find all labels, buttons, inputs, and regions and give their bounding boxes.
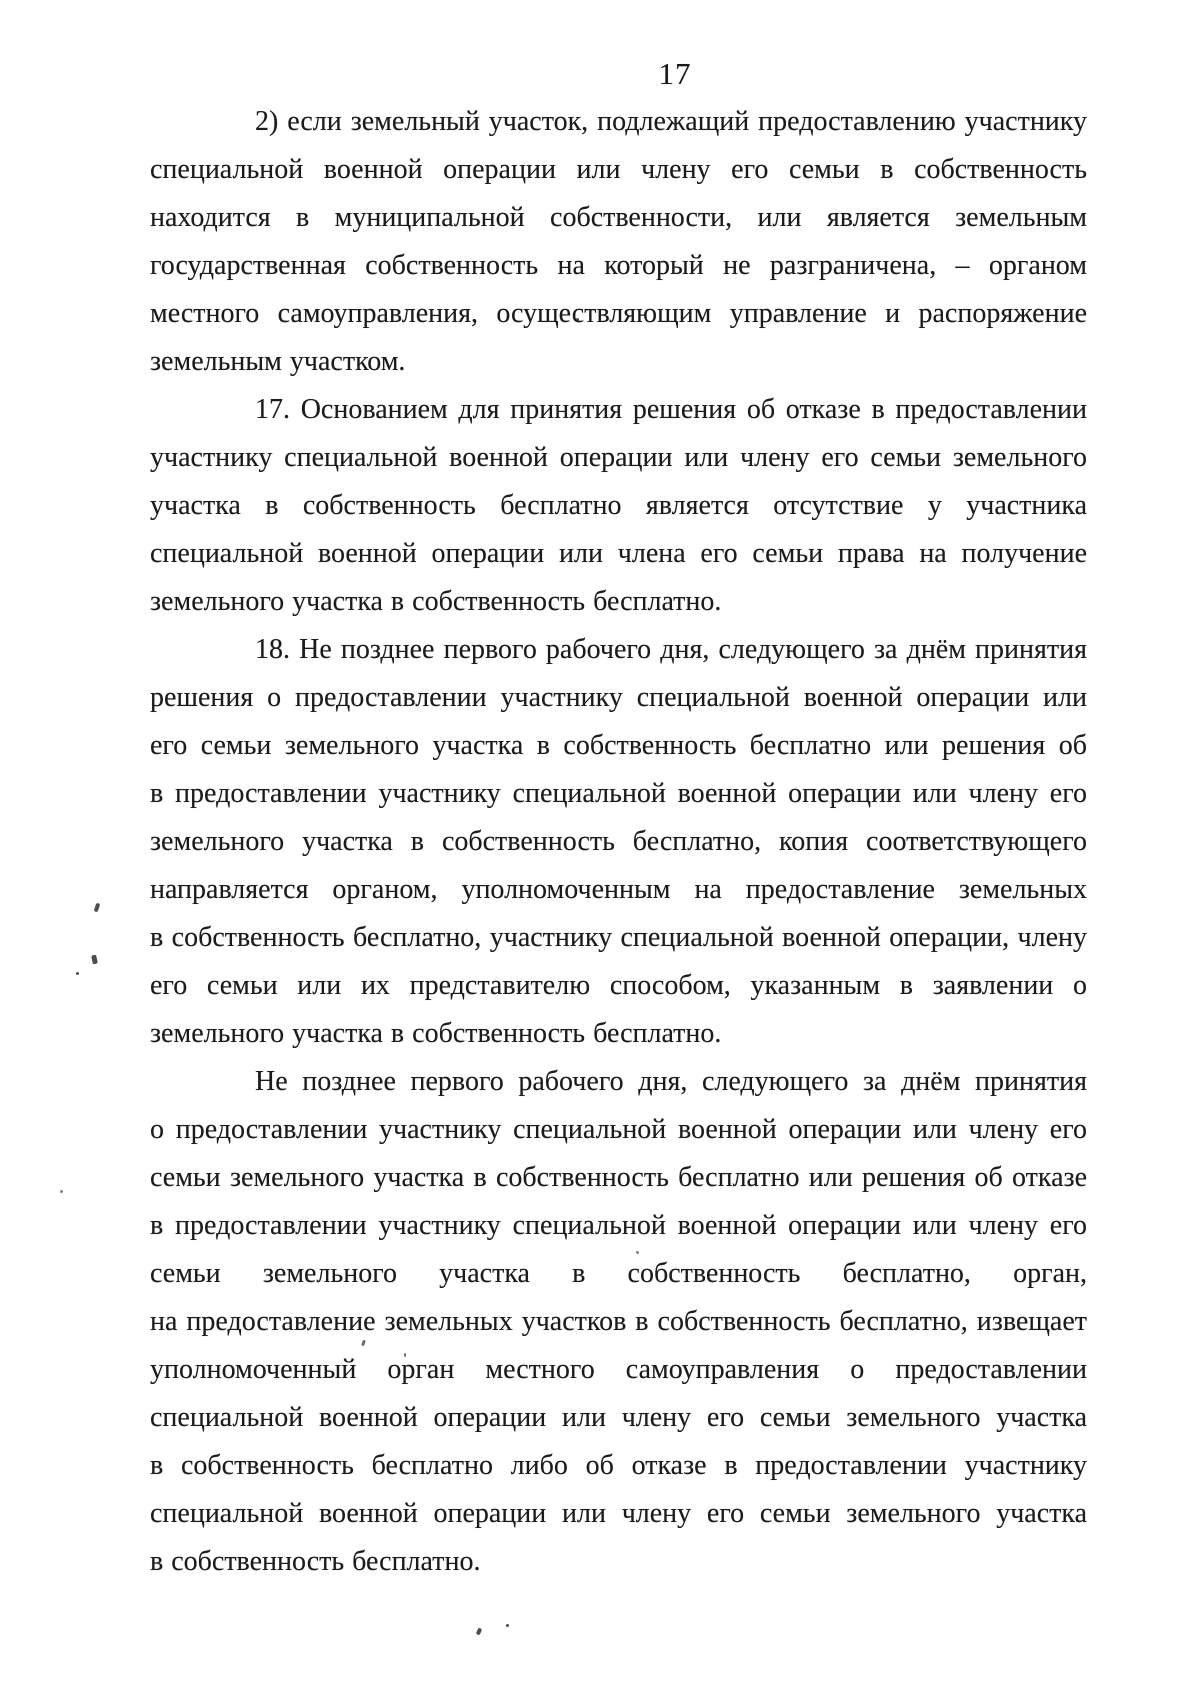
text-line: 2) если земельный участок, подлежащий пр…	[150, 98, 1087, 146]
text-line: земельным участком.	[150, 338, 1087, 386]
text-line: участнику специальной военной операции и…	[150, 434, 1087, 482]
text-line: местного самоуправления, осуществляющим …	[150, 290, 1087, 338]
document-body: 2) если земельный участок, подлежащий пр…	[150, 98, 1087, 1586]
scan-speck	[576, 318, 579, 321]
text-line: его семьи земельного участка в собственн…	[150, 722, 1087, 770]
text-line: в собственность бесплатно.	[150, 1538, 1087, 1586]
text-line: его семьи или их представителю способом,…	[150, 962, 1087, 1010]
page-number: 17	[150, 56, 1200, 92]
paragraph: Не позднее первого рабочего дня, следующ…	[150, 1058, 1087, 1586]
text-line: земельного участка в собственность беспл…	[150, 1010, 1087, 1058]
text-line: уполномоченный орган местного самоуправл…	[150, 1346, 1087, 1394]
text-line: решения о предоставлении участнику специ…	[150, 674, 1087, 722]
scan-speck	[94, 903, 101, 913]
text-line: семьи земельного участка в собственность…	[150, 1154, 1087, 1202]
text-line: в собственность бесплатно, участнику спе…	[150, 914, 1087, 962]
scan-speck	[476, 1627, 483, 1635]
text-line: специальной военной операции или члену е…	[150, 146, 1087, 194]
text-line: в предоставлении участнику специальной в…	[150, 1202, 1087, 1250]
text-line: 18. Не позднее первого рабочего дня, сле…	[150, 626, 1087, 674]
text-line: в предоставлении участнику специальной в…	[150, 770, 1087, 818]
text-line: о предоставлении участнику специальной в…	[150, 1106, 1087, 1154]
paragraph: 18. Не позднее первого рабочего дня, сле…	[150, 626, 1087, 1058]
paragraph: 2) если земельный участок, подлежащий пр…	[150, 98, 1087, 386]
text-line: участка в собственность бесплатно являет…	[150, 482, 1087, 530]
scan-speck	[636, 1251, 639, 1254]
text-line: земельного участка в собственность беспл…	[150, 578, 1087, 626]
scan-speck	[60, 1190, 63, 1193]
document-page: 17 2) если земельный участок, подлежащий…	[0, 0, 1200, 1696]
text-line: специальной военной операции или члена е…	[150, 530, 1087, 578]
text-line: в собственность бесплатно либо об отказе…	[150, 1442, 1087, 1490]
text-line: специальной военной операции или члену е…	[150, 1394, 1087, 1442]
text-line: 17. Основанием для принятия решения об о…	[150, 386, 1087, 434]
scan-speck	[91, 955, 98, 965]
text-line: семьи земельного участка в собственность…	[150, 1250, 1087, 1298]
text-line: Не позднее первого рабочего дня, следующ…	[150, 1058, 1087, 1106]
text-line: находится в муниципальной собственности,…	[150, 194, 1087, 242]
text-line: специальной военной операции или члену е…	[150, 1490, 1087, 1538]
text-line: направляется органом, уполномоченным на …	[150, 866, 1087, 914]
scan-speck	[506, 1624, 509, 1627]
scan-speck	[404, 1353, 406, 1357]
scan-speck	[76, 972, 79, 975]
paragraph: 17. Основанием для принятия решения об о…	[150, 386, 1087, 626]
text-line: на предоставление земельных участков в с…	[150, 1298, 1087, 1346]
text-line: государственная собственность на который…	[150, 242, 1087, 290]
text-line: земельного участка в собственность беспл…	[150, 818, 1087, 866]
